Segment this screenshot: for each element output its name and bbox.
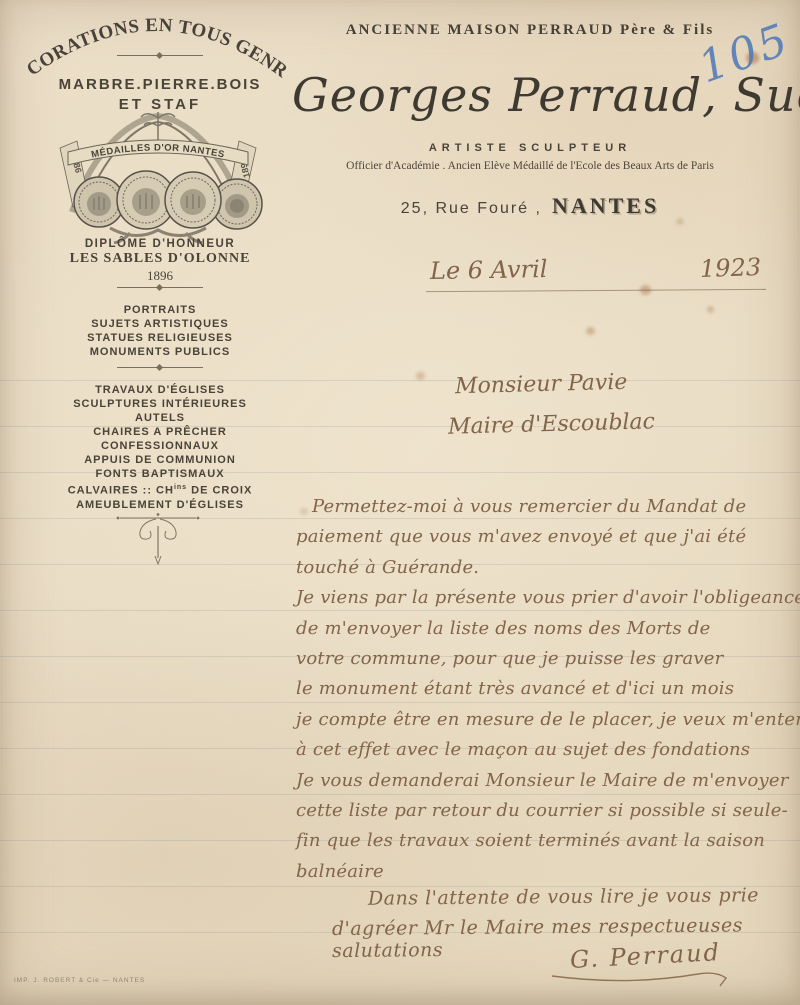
arch-title-text: DÉCORATIONS EN TOUS GENRES xyxy=(22,12,290,82)
body-line: paiement que vous m'avez envoyé et que j… xyxy=(296,522,798,552)
body-line: votre commune, pour que je puisse les gr… xyxy=(296,644,798,674)
medal-coins xyxy=(74,171,262,229)
company-name-script: Georges Perraud, Succr xyxy=(292,68,768,122)
arched-title-graphic: DÉCORATIONS EN TOUS GENRES xyxy=(22,12,290,84)
body-line: Permettez-moi à vous remercier du Mandat… xyxy=(296,492,798,522)
closing-line-1: Dans l'attente de vous lire je vous prie xyxy=(368,884,759,909)
body-line: fin que les travaux soient terminés avan… xyxy=(296,826,798,856)
letter-body: Permettez-moi à vous remercier du Mandat… xyxy=(296,492,798,887)
divider-ornament xyxy=(117,52,203,60)
fleuron-ornament xyxy=(112,512,204,568)
service-item: STATUES RELIGIEUSES xyxy=(20,331,300,345)
service-item: TRAVAUX D'ÉGLISES xyxy=(20,383,300,397)
service-item-calvaires: CALVAIRES :: CHins DE CROIX xyxy=(20,481,300,498)
service-item: SCULPTURES INTÉRIEURES xyxy=(20,397,300,411)
medals-emblem: 1886 1895 MÉDAILLES D'OR NANTES xyxy=(44,110,272,244)
body-line: le monument étant très avancé et d'ici u… xyxy=(296,674,798,704)
body-line: Je viens par la présente vous prier d'av… xyxy=(296,583,798,613)
foxing-stain xyxy=(707,306,714,313)
date-rule xyxy=(426,289,766,292)
body-line: cette liste par retour du courrier si po… xyxy=(296,796,798,826)
service-item: AMEUBLEMENT D'ÉGLISES xyxy=(20,498,300,512)
service-item: FONTS BAPTISMAUX xyxy=(20,467,300,481)
svg-text:DÉCORATIONS EN TOUS GENRES: DÉCORATIONS EN TOUS GENRES xyxy=(22,12,290,82)
service-item: SUJETS ARTISTIQUES xyxy=(20,317,300,331)
service-item: AUTELS xyxy=(20,411,300,425)
recipient-name: Monsieur Pavie xyxy=(455,370,628,400)
honor-year: 1896 xyxy=(20,268,300,284)
body-line: à cet effet avec le maçon au sujet des f… xyxy=(296,735,798,765)
materials-line-1: MARBRE.PIERRE.BOIS xyxy=(20,76,300,93)
service-item: PORTRAITS xyxy=(20,303,300,317)
foxing-stain xyxy=(676,218,684,225)
service-item: CONFESSIONNAUX xyxy=(20,439,300,453)
closing-line-2: d'agréer Mr le Maire mes respectueuses s… xyxy=(332,914,800,962)
body-line: balnéaire xyxy=(296,857,798,887)
body-line: touché à Guérande. xyxy=(296,553,798,583)
services-primary-list: PORTRAITS SUJETS ARTISTIQUES STATUES REL… xyxy=(20,303,300,359)
printer-imprint: IMP. J. ROBERT & Cie — NANTES xyxy=(14,977,145,984)
body-line: Je vous demanderai Monsieur le Maire de … xyxy=(296,766,798,796)
city-text: NANTES xyxy=(552,193,659,219)
divider-ornament xyxy=(117,364,203,372)
foxing-stain xyxy=(586,327,595,335)
date-handwritten: Le 6 Avril xyxy=(430,255,548,285)
address-line: 25, Rue Fouré , NANTES xyxy=(330,193,730,219)
services-church-list: TRAVAUX D'ÉGLISES SCULPTURES INTÉRIEURES… xyxy=(20,383,300,512)
former-house-line: ANCIENNE MAISON PERRAUD Père & Fils xyxy=(300,22,760,39)
service-item: CHAIRES A PRÊCHER xyxy=(20,425,300,439)
divider-ornament xyxy=(117,284,203,292)
service-item: MONUMENTS PUBLICS xyxy=(20,345,300,359)
signature-flourish xyxy=(548,968,738,994)
body-line: de m'envoyer la liste des noms des Morts… xyxy=(296,614,798,644)
service-item: APPUIS DE COMMUNION xyxy=(20,453,300,467)
body-line: je compte être en mesure de le placer, j… xyxy=(296,705,798,735)
year-handwritten: 1923 xyxy=(700,253,762,283)
letter-page: DÉCORATIONS EN TOUS GENRES MARBRE.PIERRE… xyxy=(0,0,800,1005)
honor-line-1: DIPLÔME D'HONNEUR xyxy=(20,238,300,250)
street-text: 25, Rue Fouré , xyxy=(401,200,542,218)
credentials-line: Officier d'Académie . Ancien Elève Médai… xyxy=(310,160,750,172)
foxing-stain xyxy=(416,372,425,380)
profession-line: ARTISTE SCULPTEUR xyxy=(330,142,730,154)
honor-line-2: LES SABLES D'OLONNE xyxy=(20,251,300,267)
